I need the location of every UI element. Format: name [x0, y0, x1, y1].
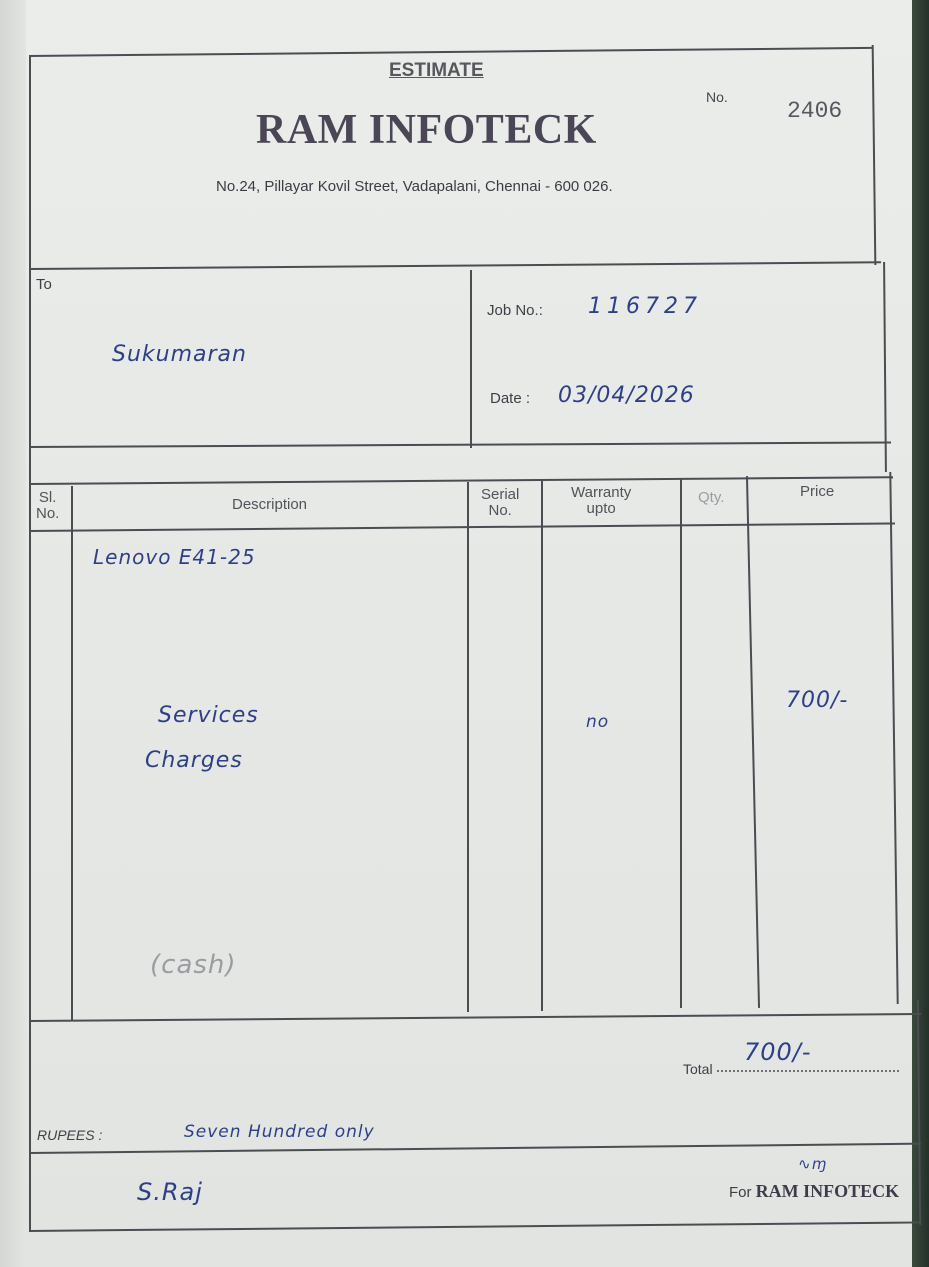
rupees-label: RUPEES :: [37, 1127, 102, 1143]
col-divider-2: [467, 482, 469, 1012]
background-edge: [912, 0, 929, 1267]
company-name: RAM INFOTECK: [256, 106, 597, 154]
frame-left: [29, 57, 31, 1232]
col-header-price: Price: [800, 484, 834, 500]
item-description: Lenovo E41-25: [93, 545, 256, 569]
col-header-sl-no: Sl. No.: [36, 490, 59, 522]
for-label: For: [729, 1184, 752, 1201]
total-value: 700/-: [744, 1038, 812, 1066]
total-label: Total: [683, 1061, 713, 1077]
for-company-name: RAM INFOTECK: [756, 1181, 900, 1201]
warranty-value: no: [586, 712, 609, 732]
customer-signature: S.Raj: [137, 1178, 203, 1206]
customer-name: Sukumaran: [112, 342, 247, 367]
date-label: Date :: [490, 390, 530, 407]
rupees-in-words: Seven Hundred only: [184, 1122, 375, 1142]
col-header-serial-no: Serial No.: [481, 487, 519, 519]
doc-type-title: ESTIMATE: [389, 60, 484, 82]
service-description-line1: Services: [158, 703, 259, 728]
col-header-qty: Qty.: [698, 490, 724, 506]
date-value: 03/04/2026: [558, 383, 695, 408]
company-signature-scribble: ∿ɱ: [798, 1155, 827, 1173]
service-description-line2: Charges: [145, 748, 243, 773]
col-header-warranty: Warranty upto: [571, 485, 631, 517]
job-no-label: Job No.:: [487, 302, 543, 319]
company-address: No.24, Pillayar Kovil Street, Vadapalani…: [216, 178, 613, 195]
for-company-label: For RAM INFOTECK: [729, 1181, 899, 1202]
job-no-value: 116727: [588, 294, 702, 319]
paper-fold-shadow: [0, 0, 26, 1267]
payment-mode-note: (cash): [150, 950, 237, 980]
estimate-number-label: No.: [706, 89, 728, 105]
to-label: To: [36, 276, 52, 293]
col-divider-3: [541, 481, 543, 1011]
to-job-divider: [470, 270, 472, 448]
col-header-description: Description: [232, 497, 307, 513]
col-divider-4: [680, 478, 682, 1008]
col-divider-1: [71, 486, 73, 1020]
price-value: 700/-: [786, 688, 848, 713]
total-dotted-line: [717, 1070, 899, 1072]
estimate-number: 2406: [787, 98, 842, 124]
